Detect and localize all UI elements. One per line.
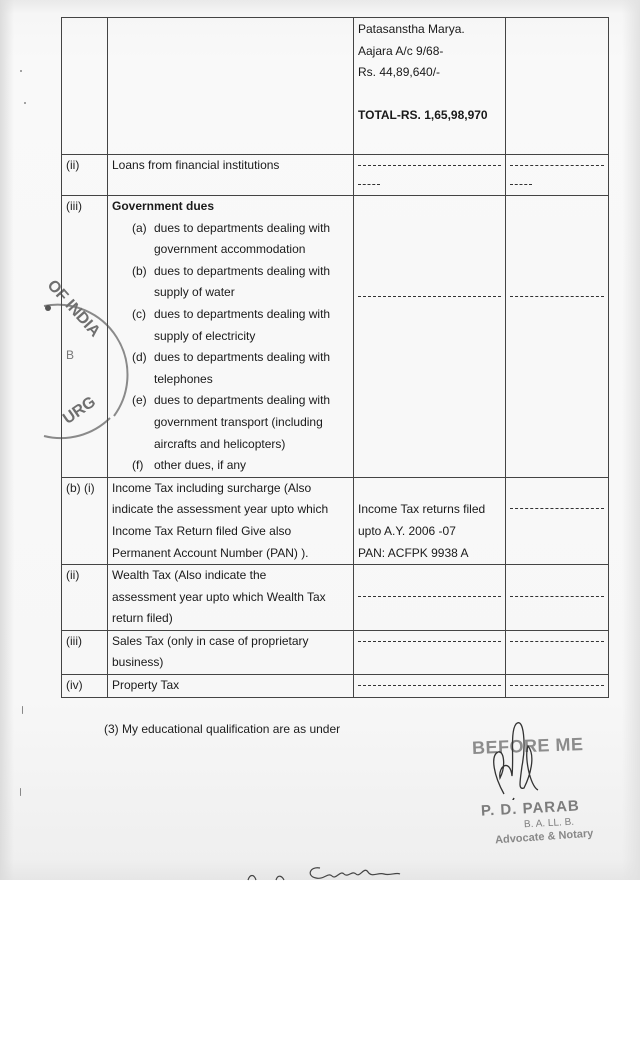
row-remark: [506, 477, 609, 564]
item-text: dues to departments dealing withsupply o…: [151, 261, 330, 304]
government-dues-item: (b)dues to departments dealing withsuppl…: [132, 261, 349, 304]
scan-speck: [20, 788, 21, 796]
table-row: (iii) Government dues (a)dues to departm…: [62, 196, 609, 478]
table-row: (ii) Wealth Tax (Also indicate the asses…: [62, 565, 609, 631]
row-description: Income Tax including surcharge (Also ind…: [108, 477, 354, 564]
row-number: (ii): [62, 565, 108, 631]
table-row: Patasanstha Marya. Aajara A/c 9/68- Rs. …: [62, 18, 609, 155]
value-line: upto A.Y. 2006 -07: [358, 521, 501, 543]
row-number: (ii): [62, 155, 108, 196]
description-line: Wealth Tax (Also indicate the: [112, 565, 349, 587]
row-value: [354, 675, 506, 698]
table-row: (iii) Sales Tax (only in case of proprie…: [62, 630, 609, 674]
section-heading: Government dues: [112, 196, 349, 218]
dash-line: [510, 685, 604, 686]
row-description: Wealth Tax (Also indicate the assessment…: [108, 565, 354, 631]
dash-line: [358, 685, 501, 686]
table-row: (b) (i) Income Tax including surcharge (…: [62, 477, 609, 564]
total-amount: TOTAL-RS. 1,65,98,970: [358, 105, 501, 127]
value-line: Rs. 44,89,640/-: [358, 62, 501, 84]
row-description: Government dues (a)dues to departments d…: [108, 196, 354, 478]
description-line: business): [112, 652, 349, 674]
notary-degree: B. A. LL. B.: [524, 817, 575, 831]
item-label: (f): [132, 455, 151, 477]
pan-number: PAN: ACFPK 9938 A: [358, 543, 501, 565]
row-remark: [506, 18, 609, 155]
dash-line: [358, 296, 501, 297]
item-label: (b): [132, 261, 151, 304]
row-value: [354, 155, 506, 196]
government-dues-item: (d)dues to departments dealing withtelep…: [132, 347, 349, 390]
deponent-signature-icon: [240, 862, 440, 882]
item-text: other dues, if any: [151, 455, 246, 477]
value-line: Aajara A/c 9/68-: [358, 41, 501, 63]
row-number: (iii): [62, 196, 108, 478]
row-value: [354, 565, 506, 631]
value-line-spacer: [358, 478, 501, 500]
government-dues-list: (a)dues to departments dealing withgover…: [112, 218, 349, 477]
value-line-spacer: [358, 84, 501, 105]
row-number: (iii): [62, 630, 108, 674]
scan-speck: [24, 102, 26, 104]
item-text: dues to departments dealing withgovernme…: [151, 390, 330, 455]
row-number: (iv): [62, 675, 108, 698]
row-description: Property Tax: [108, 675, 354, 698]
description-line: Permanent Account Number (PAN) ).: [112, 543, 349, 565]
scan-speck: [20, 70, 22, 72]
description-line: Income Tax Return filed Give also: [112, 521, 349, 543]
dash-line: [510, 184, 532, 185]
dash-line: [510, 508, 604, 509]
row-remark: [506, 565, 609, 631]
item-label: (d): [132, 347, 151, 390]
item-text: dues to departments dealing withsupply o…: [151, 304, 330, 347]
government-dues-item: (c)dues to departments dealing withsuppl…: [132, 304, 349, 347]
table-row: (ii) Loans from financial institutions: [62, 155, 609, 196]
row-value: [354, 630, 506, 674]
row-number: [62, 18, 108, 155]
description-line: assessment year upto which Wealth Tax: [112, 587, 349, 609]
scanned-page: OF INDIA B URG Patasanstha Marya. Aajara…: [0, 0, 640, 880]
educational-qualification-heading: (3) My educational qualification are as …: [104, 722, 340, 736]
row-value: Income Tax returns filed upto A.Y. 2006 …: [354, 477, 506, 564]
item-text: dues to departments dealing withtelephon…: [151, 347, 330, 390]
row-description: Loans from financial institutions: [108, 155, 354, 196]
description-line: return filed): [112, 608, 349, 630]
row-value: Patasanstha Marya. Aajara A/c 9/68- Rs. …: [354, 18, 506, 155]
item-label: (e): [132, 390, 151, 455]
dash-line: [510, 641, 604, 642]
dash-line: [510, 296, 604, 297]
dash-line: [358, 641, 501, 642]
row-remark: [506, 196, 609, 478]
item-label: (a): [132, 218, 151, 261]
government-dues-item: (a)dues to departments dealing withgover…: [132, 218, 349, 261]
government-dues-item: (e)dues to departments dealing withgover…: [132, 390, 349, 455]
description-line: Sales Tax (only in case of proprietary: [112, 631, 349, 653]
dash-line: [358, 165, 501, 166]
row-remark: [506, 630, 609, 674]
description-line: Income Tax including surcharge (Also: [112, 478, 349, 500]
dash-line: [358, 184, 380, 185]
item-label: (c): [132, 304, 151, 347]
dash-line: [358, 596, 501, 597]
table-row: (iv) Property Tax: [62, 675, 609, 698]
scan-speck: [22, 706, 23, 714]
row-description: Sales Tax (only in case of proprietary b…: [108, 630, 354, 674]
government-dues-item: (f)other dues, if any: [132, 455, 349, 477]
value-line: Income Tax returns filed: [358, 499, 501, 521]
row-number: (b) (i): [62, 477, 108, 564]
value-line: Patasanstha Marya.: [358, 18, 501, 41]
dash-line: [510, 596, 604, 597]
row-remark: [506, 675, 609, 698]
liabilities-table: Patasanstha Marya. Aajara A/c 9/68- Rs. …: [61, 17, 609, 698]
description-line: indicate the assessment year upto which: [112, 499, 349, 521]
notary-signature-icon: [470, 716, 550, 800]
row-remark: [506, 155, 609, 196]
dash-line: [510, 165, 604, 166]
row-description: [108, 18, 354, 155]
notary-title: Advocate & Notary: [495, 828, 594, 847]
item-text: dues to departments dealing withgovernme…: [151, 218, 330, 261]
row-value: [354, 196, 506, 478]
